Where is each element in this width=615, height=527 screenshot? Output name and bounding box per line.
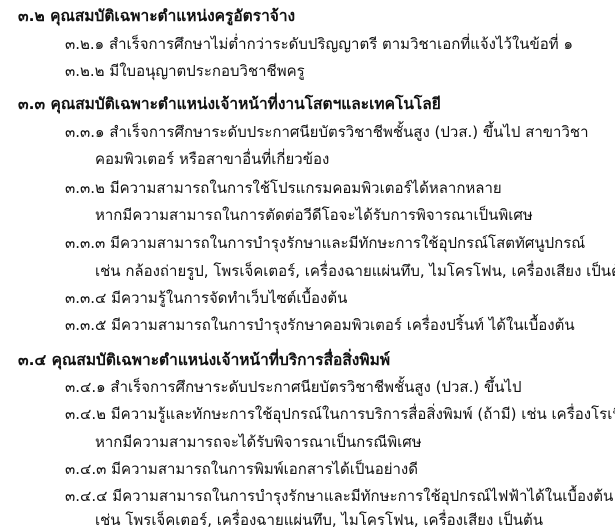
list-item-continuation: เช่น กล้องถ่ายรูป, โพรเจ็คเตอร์, เครื่อง…	[95, 261, 615, 281]
list-item-continuation: หากมีความสามารถในการตัดต่อวีดีโอจะได้รับ…	[95, 205, 533, 225]
section-heading: ๓.๔ คุณสมบัติเฉพาะตำแหน่งเจ้าหน้าที่บริก…	[18, 350, 390, 370]
list-item: ๓.๔.๔ มีความสามารถในการบำรุงรักษาและมีทั…	[65, 486, 613, 506]
list-item: ๓.๒.๑ สำเร็จการศึกษาไม่ต่ำกว่าระดับปริญญ…	[65, 34, 573, 54]
list-item: ๓.๔.๑ สำเร็จการศึกษาระดับประกาศนียบัตรวิ…	[65, 377, 522, 397]
section-heading: ๓.๒ คุณสมบัติเฉพาะตำแหน่งครูอัตราจ้าง	[18, 6, 295, 26]
list-item: ๓.๓.๓ มีความสามารถในการบำรุงรักษาและมีทั…	[65, 233, 585, 253]
list-item: ๓.๓.๒ มีความสามารถในการใช้โปรแกรมคอมพิวเ…	[65, 178, 502, 198]
section-heading: ๓.๓ คุณสมบัติเฉพาะตำแหน่งเจ้าหน้าที่งานโ…	[18, 94, 441, 114]
list-item: ๓.๓.๔ มีความรู้ในการจัดทำเว็บไซต์เบื้องต…	[65, 288, 347, 308]
list-item-continuation: คอมพิวเตอร์ หรือสาขาอื่นที่เกี่ยวข้อง	[95, 149, 329, 169]
list-item: ๓.๓.๕ มีความสามารถในการบำรุงรักษาคอมพิวเ…	[65, 315, 575, 335]
list-item-continuation: หากมีความสามารถจะได้รับพิจารณาเป็นกรณีพิ…	[95, 432, 422, 452]
list-item: ๓.๓.๑ สำเร็จการศึกษาระดับประกาศนียบัตรวิ…	[65, 122, 589, 142]
list-item: ๓.๔.๓ มีความสามารถในการพิมพ์เอกสารได้เป็…	[65, 459, 418, 479]
list-item: ๓.๔.๒ มีความรู้และทักษะการใช้อุปกรณ์ในกา…	[65, 404, 615, 424]
list-item-continuation: เช่น โพรเจ็คเตอร์, เครื่องฉายแผ่นทึบ, ไม…	[95, 510, 543, 527]
list-item: ๓.๒.๒ มีใบอนุญาตประกอบวิชาชีพครู	[65, 61, 305, 81]
